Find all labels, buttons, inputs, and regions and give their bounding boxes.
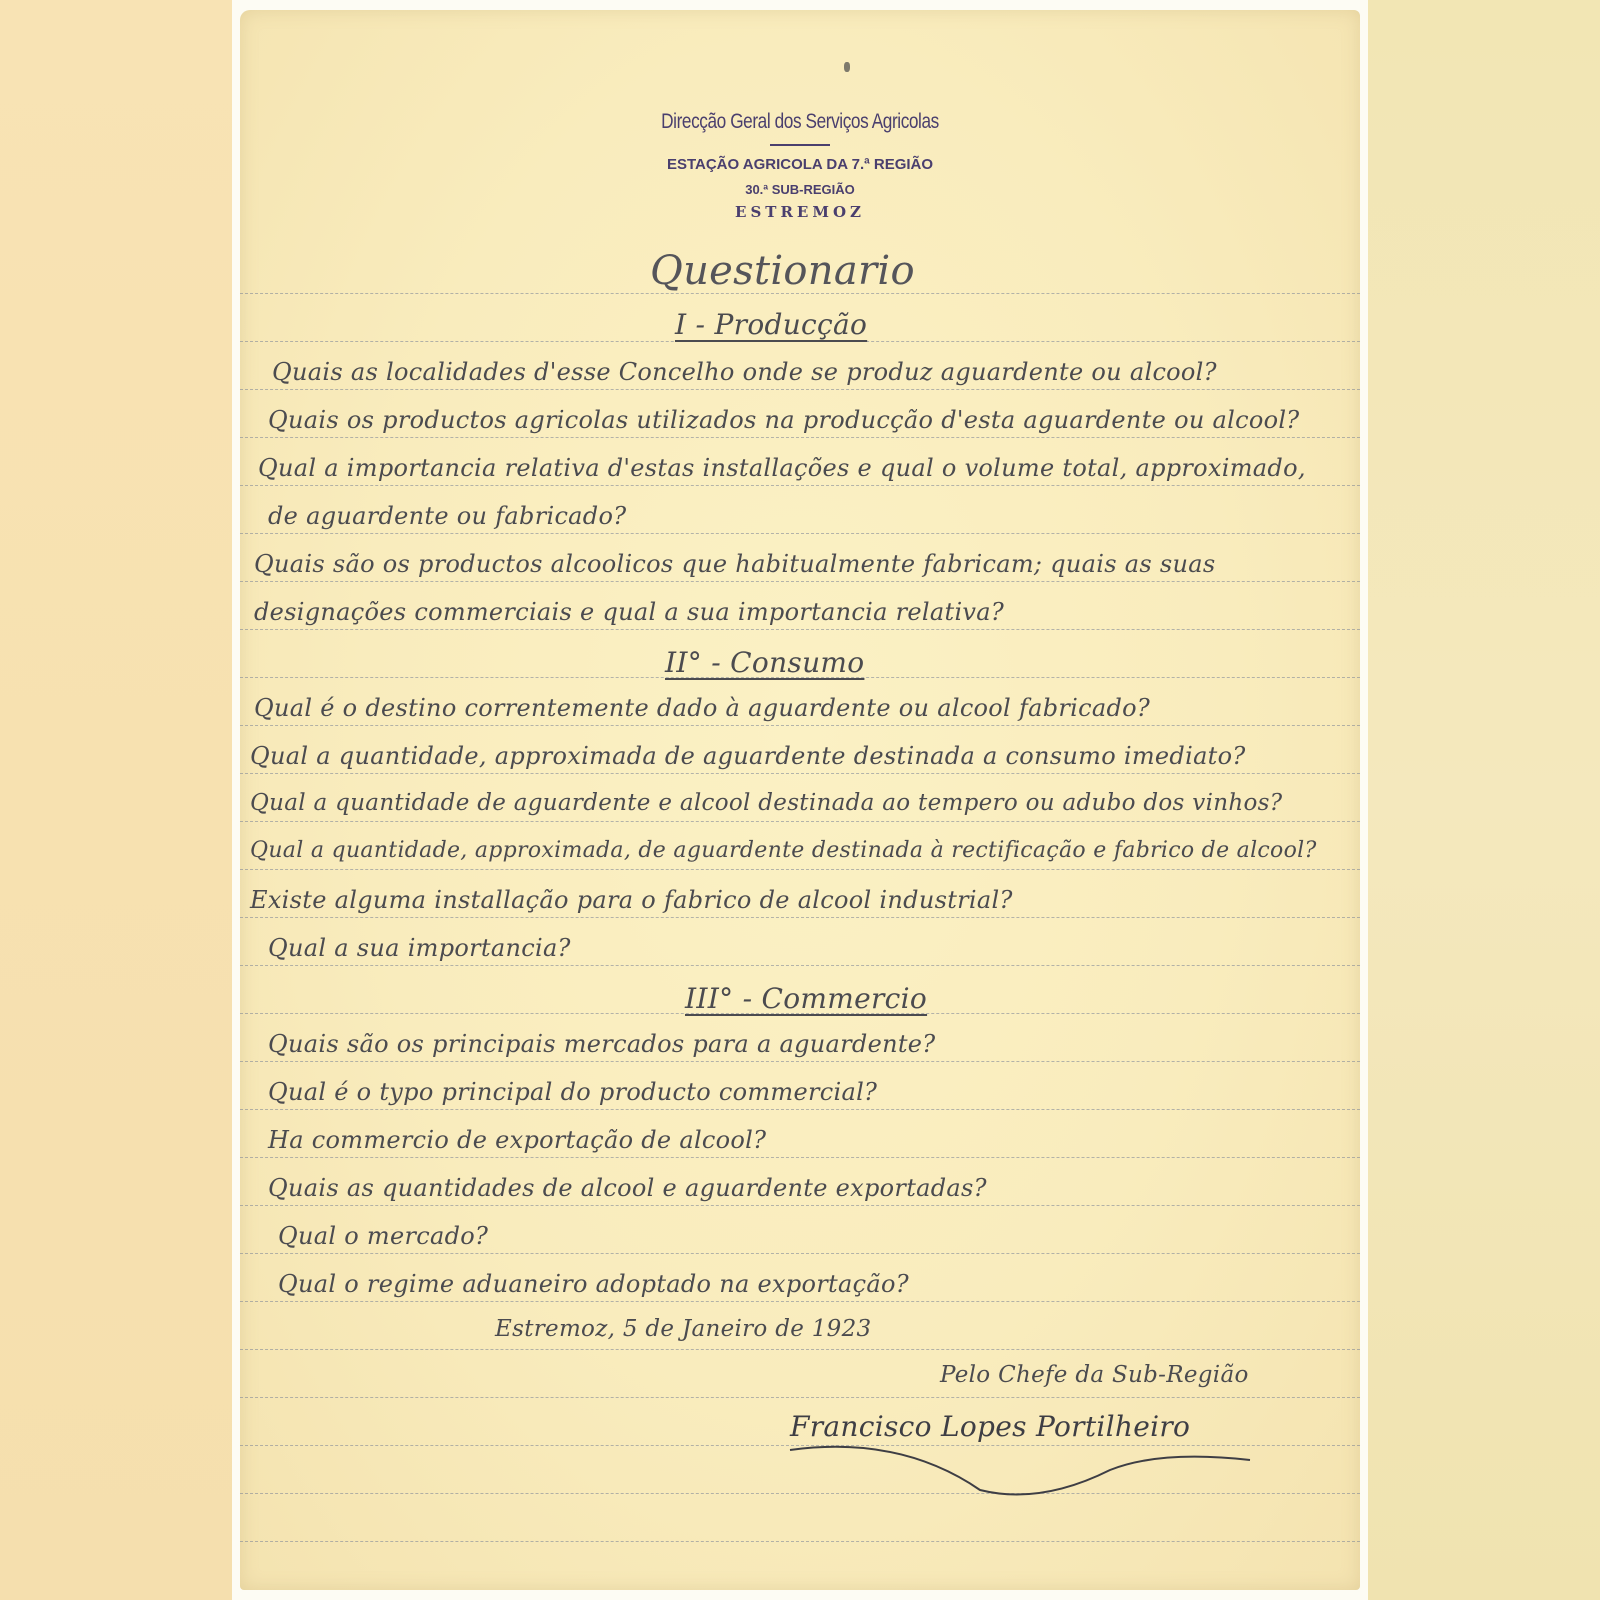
ruled-line [240, 1157, 1360, 1158]
ruled-line [240, 1397, 1360, 1398]
ruled-line [240, 437, 1360, 438]
ruled-line [240, 629, 1360, 630]
question-line: Qual a sua importancia? [268, 934, 571, 962]
document-page: Direcção Geral dos Serviços Agricolas ES… [240, 10, 1360, 1590]
question-line: Qual é o destino correntemente dado à ag… [254, 694, 1150, 722]
question-line: Quais os productos agricolas utilizados … [268, 406, 1299, 434]
background-right [1368, 0, 1600, 1600]
question-line: Qual é o typo principal do producto comm… [268, 1078, 877, 1106]
ruled-line [240, 773, 1360, 774]
question-line: Qual a quantidade, approximada de aguard… [250, 742, 1246, 770]
question-line: Quais as localidades d'esse Concelho ond… [272, 358, 1217, 386]
ink-mark [844, 62, 850, 72]
question-line: Qual a quantidade, approximada, de aguar… [250, 838, 1317, 863]
section-heading-consumption: II° - Consumo [665, 646, 864, 679]
ruled-line [240, 869, 1360, 870]
letterhead-town: ESTREMOZ [240, 203, 1360, 221]
ruled-line [240, 1349, 1360, 1350]
question-line: Qual o regime aduaneiro adoptado na expo… [278, 1270, 909, 1298]
ruled-line [240, 1109, 1360, 1110]
question-line: Qual a importancia relativa d'estas inst… [258, 454, 1306, 482]
question-line: de aguardente ou fabricado? [268, 502, 626, 530]
ruled-line [240, 821, 1360, 822]
dateline: Estremoz, 5 de Janeiro de 1923 [495, 1316, 871, 1342]
ruled-line [240, 1301, 1360, 1302]
signature-flourish [780, 1430, 1280, 1510]
ruled-line [240, 1253, 1360, 1254]
question-line: Ha commercio de exportação de alcool? [268, 1126, 766, 1154]
question-line: Qual a quantidade de aguardente e alcool… [250, 790, 1282, 816]
document-title: Questionario [650, 248, 915, 294]
ruled-line [240, 965, 1360, 966]
background-left [0, 0, 232, 1600]
ruled-line [240, 917, 1360, 918]
ruled-line [240, 389, 1360, 390]
question-line: Quais as quantidades de alcool e aguarde… [268, 1174, 987, 1202]
ruled-line [240, 725, 1360, 726]
question-line: designações commerciais e qual a sua imp… [254, 598, 1004, 626]
letterhead-agency: Direcção Geral dos Serviços Agricolas [341, 110, 1259, 134]
question-line: Existe alguma installação para o fabrico… [250, 886, 1013, 914]
section-heading-production: I - Producção [675, 308, 867, 341]
ruled-line [240, 485, 1360, 486]
question-line: Quais são os principais mercados para a … [268, 1030, 935, 1058]
letterhead-divider [770, 144, 830, 146]
question-line: Quais são os productos alcoolicos que ha… [254, 550, 1216, 578]
section-heading-commerce: III° - Commercio [685, 982, 927, 1015]
ruled-line [240, 1061, 1360, 1062]
ruled-line [240, 1541, 1360, 1542]
letterhead-subregion: 30.ª SUB-REGIÃO [240, 182, 1360, 197]
question-line: Qual o mercado? [278, 1222, 488, 1250]
ruled-line [240, 1205, 1360, 1206]
ruled-line [240, 341, 1360, 342]
ruled-line [240, 581, 1360, 582]
signoff: Pelo Chefe da Sub-Região [940, 1362, 1249, 1388]
ruled-line [240, 533, 1360, 534]
letterhead-station: ESTAÇÃO AGRICOLA DA 7.ª REGIÃO [240, 156, 1360, 173]
